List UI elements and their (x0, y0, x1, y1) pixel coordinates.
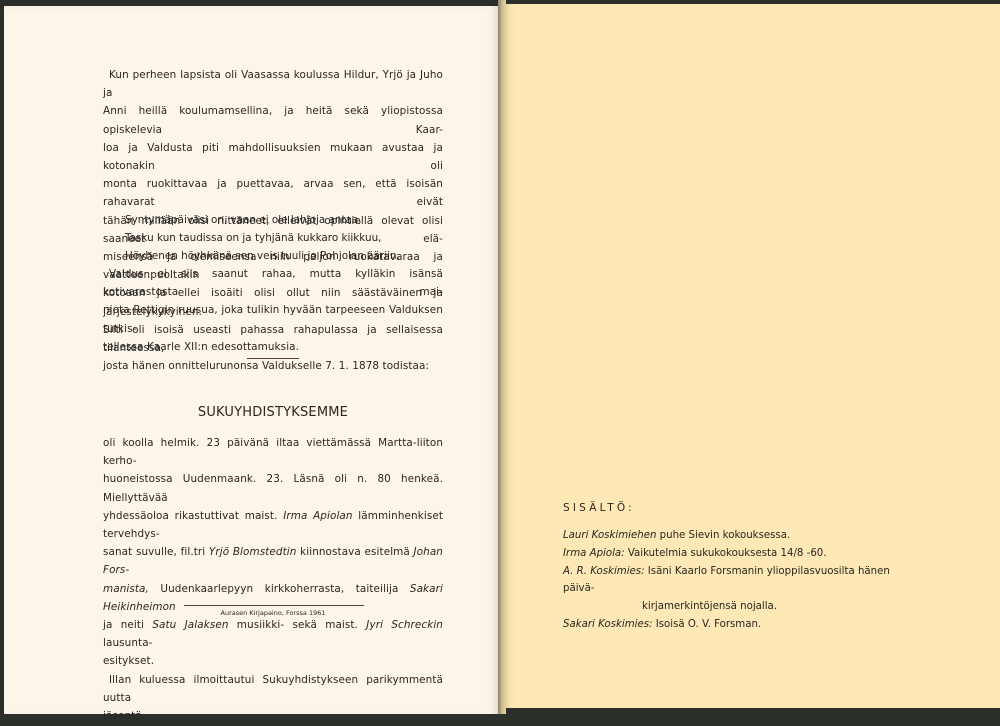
section-divider (247, 358, 299, 359)
toc-entry: Sakari Koskimies: Isoisä O. V. Forsman. (563, 616, 923, 634)
text-line: josta hänen onnittelurunonsa Valdukselle… (103, 357, 443, 375)
person-name: Irma Apiolan (283, 510, 352, 522)
text-line: jäsentä. (103, 707, 443, 725)
toc-author: Lauri Koskimiehen (563, 530, 656, 541)
text-line: huoneistossa Uudenmaank. 23. Läsnä oli n… (103, 470, 443, 506)
text-line: oli koolla helmik. 23 päivänä iltaa viet… (103, 434, 443, 470)
toc-author: A. R. Koskimies: (563, 566, 645, 577)
text-span: musiikki- sekä maist. (229, 619, 367, 631)
poem-line: Tasku kun taudissa on ja tyhjänä kukkaro… (125, 229, 445, 247)
person-name: Yrjö Blomstedtin (209, 546, 297, 558)
toc-heading: SISÄLTÖ: (563, 502, 635, 514)
toc-entry: Lauri Koskimiehen puhe Sievin kokouksess… (563, 527, 923, 545)
text-span: sanat suvulle, fil.tri (103, 546, 209, 558)
toc-entry: A. R. Koskimies: Isäni Kaarlo Forsmanin … (563, 563, 923, 599)
toc-entry: Irma Apiola: Vaikutelmia sukukokouksesta… (563, 545, 923, 563)
text-line: Anni heillä koulumamsellina, ja heitä se… (103, 102, 443, 138)
text-line: loa ja Valdusta piti mahdollisuuksien mu… (103, 139, 443, 175)
poem-line: Höyhenen höyhkänä sen veis tuuli jo Pohj… (125, 247, 445, 265)
person-name: Satu Jalaksen (152, 619, 228, 631)
text-line: yhdessäoloa rikastuttivat maist. Irma Ap… (103, 507, 443, 543)
toc-title-text: Isoisä O. V. Forsman. (652, 619, 761, 630)
toc-author: Irma Apiola: (563, 548, 625, 559)
text-span: kiinnostava esitelmä (296, 546, 413, 558)
text-line: Illan kuluessa ilmoittautui Sukuyhdistyk… (103, 671, 443, 707)
toc-title-text: puhe Sievin kokouksessa. (656, 530, 790, 541)
text-line: Valdus ei siis saanut rahaa, mutta kyllä… (103, 265, 443, 301)
toc-entry-continuation: kirjamerkintöjensä nojalla. (563, 598, 923, 616)
section-heading: SUKUYHDISTYKSEMME (103, 405, 443, 420)
person-name: manista, (103, 583, 149, 595)
section-body: oli koolla helmik. 23 päivänä iltaa viet… (103, 434, 443, 725)
colophon-divider (184, 605, 364, 606)
person-name: Jyri Schreckin (366, 619, 443, 631)
table-of-contents: Lauri Koskimiehen puhe Sievin kokouksess… (563, 527, 923, 634)
text-span: ja neiti (103, 619, 152, 631)
text-line: tellessa Kaarle XII:n edesottamuksia. (103, 338, 443, 356)
text-line: niota Rettigin ruusua, joka tulikin hyvä… (103, 301, 443, 337)
text-line: esitykset. (103, 652, 443, 670)
text-span: lausunta- (103, 637, 153, 649)
text-line: monta ruokittavaa ja puettavaa, arvaa se… (103, 175, 443, 211)
text-line: ja neiti Satu Jalaksen musiikki- sekä ma… (103, 616, 443, 652)
text-line: Kun perheen lapsista oli Vaasassa koulus… (103, 66, 443, 102)
birthday-poem: Syntymäpäiväsi on, vaan ei ole lahjoja a… (125, 211, 445, 265)
printer-colophon: Aurasen Kirjapaino, Forssa 1961 (103, 609, 443, 617)
toc-author: Sakari Koskimies: (563, 619, 652, 630)
poem-line: Syntymäpäiväsi on, vaan ei ole lahjoja a… (125, 211, 445, 229)
text-span: Uudenkaarlepyyn kirkkoherrasta, taiteili… (149, 583, 410, 595)
paragraph-rettig-roses: Valdus ei siis saanut rahaa, mutta kyllä… (103, 265, 443, 356)
text-line: sanat suvulle, fil.tri Yrjö Blomstedtin … (103, 543, 443, 579)
text-span: yhdessäoloa rikastuttivat maist. (103, 510, 283, 522)
toc-title-text: Vaikutelmia sukukokouksesta 14/8 -60. (625, 548, 827, 559)
